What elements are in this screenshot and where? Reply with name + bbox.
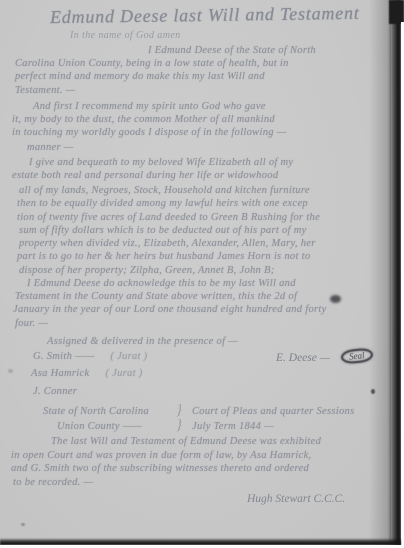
probate-line: in open Court and was proven in due form…	[11, 450, 311, 461]
will-line: manner —	[27, 142, 73, 153]
witness-name: Asa Hamrick	[31, 368, 89, 379]
witness-row: Asa Hamrick( Jurat )	[31, 368, 143, 379]
court-state-line: State of North Carolina	[43, 406, 149, 417]
ink-smudge	[330, 295, 341, 303]
will-line: all of my lands, Negroes, Stock, Househo…	[19, 185, 310, 196]
seal-label: Seal	[349, 350, 365, 362]
scanned-will-page: Edmund Deese last Will and Testament In …	[0, 0, 404, 548]
witness-name: J. Conner	[33, 386, 77, 397]
handwriting-layer: Edmund Deese last Will and Testament In …	[0, 0, 404, 548]
will-line: January in the year of our Lord one thou…	[13, 304, 327, 315]
will-line: it, my body to the dust, the common Moth…	[12, 114, 275, 125]
will-line: Carolina Union County, being in a low st…	[15, 58, 289, 69]
will-line: dispose of her property; Zilpha, Green, …	[19, 265, 275, 276]
witness-note: ( Jurat )	[110, 351, 147, 362]
will-line: property when divided viz., Elizabeth, A…	[19, 238, 316, 249]
will-line: four. —	[15, 318, 48, 329]
document-title: Edmund Deese last Will and Testament	[50, 3, 360, 28]
ink-smudge	[21, 523, 25, 526]
probate-line: and G. Smith two of the subscribing witn…	[11, 463, 309, 474]
will-line: sum of fifty dollars which is to be dedu…	[19, 225, 307, 236]
ink-smudge	[8, 369, 13, 373]
court-county-line: Union County ——	[57, 421, 142, 432]
court-name-line: Court of Pleas and quarter Sessions	[192, 406, 354, 417]
will-line: I Edmund Deese of the State of North	[148, 45, 316, 56]
will-line: And first I recommend my spirit unto God…	[33, 101, 266, 112]
will-line: part is to go to her & her heirs but hus…	[17, 251, 310, 262]
will-line: then to be equally divided among my lawf…	[17, 198, 308, 209]
court-brace: }	[176, 417, 182, 434]
page-edge-corner	[389, 0, 404, 24]
will-line: tion of twenty five acres of Land deeded…	[17, 212, 320, 223]
will-line: I Edmund Deese do acknowledge this to be…	[27, 278, 296, 289]
witness-note: ( Jurat )	[105, 368, 142, 379]
witness-row: G. Smith ——( Jurat )	[33, 351, 147, 362]
will-line: in touching my worldly goods I dispose o…	[12, 127, 286, 138]
witness-name: G. Smith ——	[33, 351, 94, 362]
probate-line: The last Will and Testament of Edmund De…	[51, 436, 321, 447]
page-edge-shadow-bottom	[0, 538, 401, 545]
will-line: estate both real and personal during her…	[12, 170, 278, 181]
will-line: Testament in the County and State above …	[15, 291, 297, 302]
probate-line: to be recorded. —	[13, 477, 93, 488]
attestation-line: Assigned & delivered in the presence of …	[47, 336, 238, 347]
testator-signature: E. Deese —	[276, 352, 330, 364]
opening-line: In the name of God amen	[70, 30, 181, 41]
witness-row: J. Conner	[33, 386, 93, 397]
will-line: I give and bequeath to my beloved Wife E…	[29, 157, 293, 168]
clerk-signature: Hugh Stewart C.C.C.	[247, 493, 345, 505]
will-line: Testament. —	[15, 85, 75, 96]
page-edge-shadow-right	[388, 0, 401, 548]
court-term-line: July Term 1844 —	[192, 421, 274, 432]
will-line: perfect mind and memory do make this my …	[15, 71, 265, 82]
